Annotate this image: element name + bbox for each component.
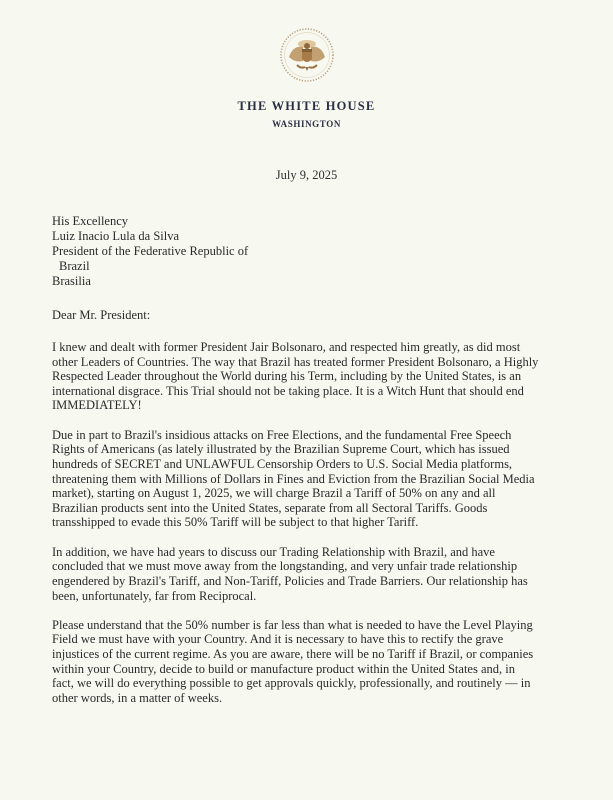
body-line: In addition, we have had years to discus… [52, 545, 572, 560]
body-line: within your Country, decide to build or … [52, 662, 572, 677]
body-line: Please understand that the 50% number is… [52, 618, 572, 633]
body-line: transshipped to evade this 50% Tariff wi… [52, 515, 572, 530]
recipient-city: Brasilia [52, 274, 248, 289]
body-line: market), starting on August 1, 2025, we … [52, 486, 572, 501]
letter-page: THE WHITE HOUSE WASHINGTON July 9, 2025 … [0, 0, 613, 800]
body-line: been, unfortunately, far from Reciprocal… [52, 589, 572, 604]
letterhead-subtitle: WASHINGTON [0, 119, 613, 129]
body-line: engendered by Brazil's Tariff, and Non-T… [52, 574, 572, 589]
recipient-address-block: His Excellency Luiz Inacio Lula da Silva… [52, 214, 248, 289]
body-line: fact, we will do everything possible to … [52, 676, 572, 691]
salutation: Dear Mr. President: [52, 308, 150, 323]
body-line: Field we must have with your Country. An… [52, 632, 572, 647]
body-line: threatening them with Millions of Dollar… [52, 472, 572, 487]
letter-body: I knew and dealt with former President J… [52, 340, 572, 720]
recipient-name: Luiz Inacio Lula da Silva [52, 229, 248, 244]
recipient-country: Brazil [52, 259, 248, 274]
body-line: injustices of the current regime. As you… [52, 647, 572, 662]
body-line: I knew and dealt with former President J… [52, 340, 572, 355]
paragraph-tariff: Due in part to Brazil's insidious attack… [52, 428, 572, 530]
recipient-title: President of the Federative Republic of [52, 244, 248, 259]
paragraph-bolsonaro: I knew and dealt with former President J… [52, 340, 572, 413]
body-line: international disgrace. This Trial shoul… [52, 384, 572, 399]
body-line: concluded that we must move away from th… [52, 559, 572, 574]
body-line: Rights of Americans (as lately illustrat… [52, 442, 572, 457]
body-line: other Leaders of Countries. The way that… [52, 355, 572, 370]
presidential-seal-icon [279, 27, 335, 83]
paragraph-level-playing-field: Please understand that the 50% number is… [52, 618, 572, 706]
body-line: other words, in a matter of weeks. [52, 691, 572, 706]
letter-date: July 9, 2025 [0, 168, 613, 183]
letterhead-title: THE WHITE HOUSE [0, 99, 613, 114]
body-line: Respected Leader throughout the World du… [52, 369, 572, 384]
body-line: IMMEDIATELY! [52, 398, 572, 413]
paragraph-trade-relationship: In addition, we have had years to discus… [52, 545, 572, 603]
body-line: Due in part to Brazil's insidious attack… [52, 428, 572, 443]
recipient-honorific: His Excellency [52, 214, 248, 229]
body-line: hundreds of SECRET and UNLAWFUL Censorsh… [52, 457, 572, 472]
body-line: Brazilian products sent into the United … [52, 501, 572, 516]
